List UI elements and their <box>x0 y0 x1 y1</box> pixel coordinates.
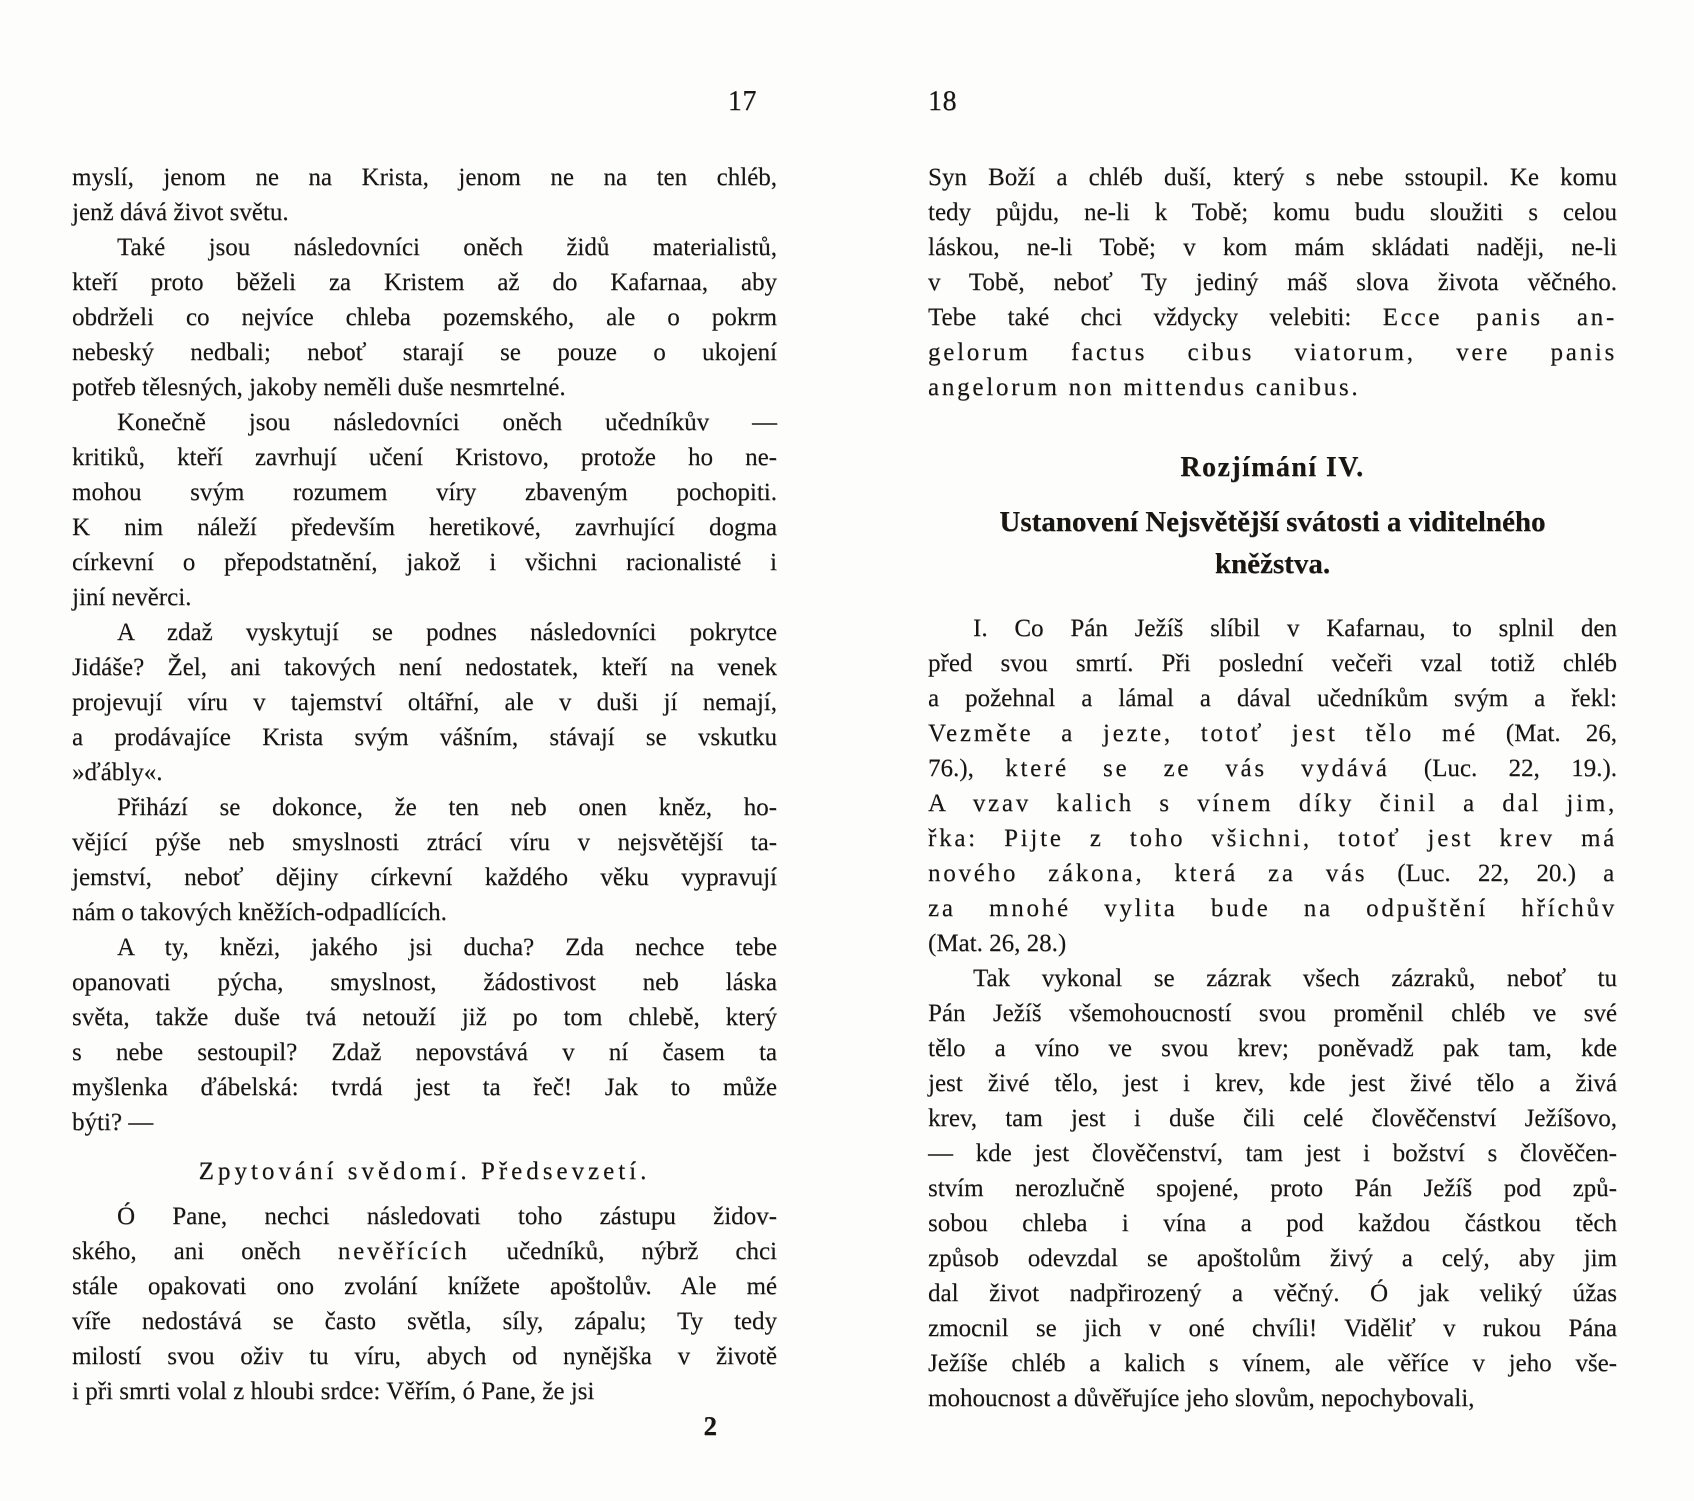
text-line: kteří proto běželi za Kristem až do Kafa… <box>72 265 777 300</box>
paragraph: Ó Pane, nechci následovati toho zástupu … <box>72 1199 777 1409</box>
text-line: myšlenka ďábelská: tvrdá jest ta řeč! Ja… <box>72 1070 777 1105</box>
text-line: angelorum non mittendus canibus. <box>928 370 1617 405</box>
text-segment: kteří proto běželi za Kristem až do Kafa… <box>72 269 777 296</box>
text-line: vějící pýše neb smyslnosti ztrácí víru v… <box>72 825 777 860</box>
page-number-left: 17 <box>72 88 777 115</box>
text-segment: krev, tam jest i duše čili celé člověčen… <box>928 1105 1617 1132</box>
text-segment: zmocnil se jich v oné chvíli! Viděliť v … <box>928 1315 1617 1342</box>
text-line: potřeb tělesných, jakoby neměli duše nes… <box>72 370 777 405</box>
text-segment: opanovati pýcha, smyslnost, žádostivost … <box>72 969 777 996</box>
text-segment: tělo a víno ve svou krev; poněvadž pak t… <box>928 1035 1617 1062</box>
text-line: »ďábly«. <box>72 755 777 790</box>
text-segment: (Luc. 22, 19.). <box>1424 755 1617 782</box>
text-line: A ty, knězi, jakého jsi ducha? Zda nechc… <box>72 930 777 965</box>
text-segment: vějící pýše neb smyslnosti ztrácí víru v… <box>72 829 777 856</box>
text-line: Tak vykonal se zázrak všech zázraků, neb… <box>928 961 1617 996</box>
page-18: 18 Syn Boží a chléb duší, který s nebe s… <box>928 88 1617 1416</box>
text-segment: mohoucnost a důvěřujíce jeho slovům, nep… <box>928 1385 1474 1412</box>
text-line: jest živé tělo, jest i krev, kde jest ži… <box>928 1066 1617 1101</box>
text-segment: A zdaž vyskytují se podnes následovníci … <box>117 619 777 646</box>
signature-mark: 2 <box>72 1409 777 1443</box>
text-segment: obdrželi co nejvíce chleba pozemského, a… <box>72 304 777 331</box>
paragraph: Syn Boží a chléb duší, který s nebe ssto… <box>928 160 1617 405</box>
letterspaced-text: Ecce panis an- <box>1383 304 1617 331</box>
text-segment: s nebe sestoupil? Zdaž nepovstává v ní č… <box>72 1039 777 1066</box>
heading-line: Zpytování svědomí. Předsevzetí. <box>72 1154 777 1189</box>
text-line: 76.), které se ze vás vydává (Luc. 22, 1… <box>928 751 1617 786</box>
text-segment: stále opakovati ono zvolání knížete apoš… <box>72 1273 777 1300</box>
text-segment: Pán Ježíš všemohoucností svou proměnil c… <box>928 1000 1617 1027</box>
text-segment: kritiků, kteří zavrhují učení Kristovo, … <box>72 444 777 471</box>
text-line: v Tobě, neboť Ty jediný máš slova života… <box>928 265 1617 300</box>
text-segment: stvím nerozlučně spojené, proto Pán Ježí… <box>928 1175 1617 1202</box>
text-segment: jenž dává život světu. <box>72 199 289 226</box>
text-line: jemství, neboť dějiny církevní každého v… <box>72 860 777 895</box>
text-line: obdrželi co nejvíce chleba pozemského, a… <box>72 300 777 335</box>
text-line: tedy půjdu, ne-li k Tobě; komu budu slou… <box>928 195 1617 230</box>
text-line: A vzav kalich s vínem díky činil a dal j… <box>928 786 1617 821</box>
paragraph: Tak vykonal se zázrak všech zázraků, neb… <box>928 961 1617 1416</box>
text-line: a požehnal a lámal a dával učedníkům svý… <box>928 681 1617 716</box>
text-line: Ježíše chléb a kalich s vínem, ale věříc… <box>928 1346 1617 1381</box>
text-line: Konečně jsou následovníci oněch učedníků… <box>72 405 777 440</box>
text-segment: Ježíše chléb a kalich s vínem, ale věříc… <box>928 1350 1617 1377</box>
text-line: nebeský nedbali; neboť starají se pouze … <box>72 335 777 370</box>
text-line: kritiků, kteří zavrhují učení Kristovo, … <box>72 440 777 475</box>
text-segment: před svou smrtí. Při poslední večeři vza… <box>928 650 1617 677</box>
examination-heading: Zpytování svědomí. Předsevzetí. <box>72 1154 777 1189</box>
heading-line: Rozjímání IV. <box>928 449 1617 487</box>
text-line: nám o takových kněžích-odpadlících. <box>72 895 777 930</box>
text-segment: myšlenka ďábelská: tvrdá jest ta řeč! Ja… <box>72 1074 777 1101</box>
text-segment: projevují víru v tajemství oltářní, ale … <box>72 689 777 716</box>
text-segment: Syn Boží a chléb duší, který s nebe ssto… <box>928 164 1617 191</box>
text-line: nového zákona, která za vás (Luc. 22, 20… <box>928 856 1617 891</box>
text-line: Také jsou následovníci oněch židů materi… <box>72 230 777 265</box>
text-line: gelorum factus cibus viatorum, vere pani… <box>928 335 1617 370</box>
text-segment: láskou, ne-li Tobě; v kom mám skládati n… <box>928 234 1617 261</box>
text-segment: (Mat. 26, 28.) <box>928 930 1066 957</box>
text-line: myslí, jenom ne na Krista, jenom ne na t… <box>72 160 777 195</box>
text-line: mohou svým rozumem víry zbaveným pochopi… <box>72 475 777 510</box>
text-segment: Přihází se dokonce, že ten neb onen kněz… <box>117 794 777 821</box>
text-line: stvím nerozlučně spojené, proto Pán Ježí… <box>928 1171 1617 1206</box>
text-segment: Tebe také chci vždycky velebiti: <box>928 304 1383 331</box>
text-segment: A ty, knězi, jakého jsi ducha? Zda nechc… <box>117 934 777 961</box>
meditation-title-heading: Ustanovení Nejsvětější svátosti a vidite… <box>928 501 1617 585</box>
text-segment: světa, takže duše tvá netouží již po tom… <box>72 1004 777 1031</box>
text-line: projevují víru v tajemství oltářní, ale … <box>72 685 777 720</box>
text-segment: potřeb tělesných, jakoby neměli duše nes… <box>72 374 566 401</box>
text-line: církevní o přepodstatnění, jakož i všich… <box>72 545 777 580</box>
text-line: víře nedostává se často světla, síly, zá… <box>72 1304 777 1339</box>
text-segment: víře nedostává se často světla, síly, zá… <box>72 1308 777 1335</box>
text-line: Syn Boží a chléb duší, který s nebe ssto… <box>928 160 1617 195</box>
text-line: I. Co Pán Ježíš slíbil v Kafarnau, to sp… <box>928 611 1617 646</box>
text-segment: »ďábly«. <box>72 759 162 786</box>
text-line: mohoucnost a důvěřujíce jeho slovům, nep… <box>928 1381 1617 1416</box>
text-segment: ského, ani oněch <box>72 1238 338 1265</box>
page-18-body: Syn Boží a chléb duší, který s nebe ssto… <box>928 160 1617 1416</box>
text-line: způsob odevzdal se apoštolům živý a celý… <box>928 1241 1617 1276</box>
text-line: jiní nevěrci. <box>72 580 777 615</box>
paragraph: Také jsou následovníci oněch židů materi… <box>72 230 777 405</box>
text-segment: jemství, neboť dějiny církevní každého v… <box>72 864 777 891</box>
text-line: býti? — <box>72 1105 777 1140</box>
letterspaced-text: nového zákona, která za vás <box>928 860 1397 887</box>
text-segment: Konečně jsou následovníci oněch učedníků… <box>117 409 777 436</box>
text-line: před svou smrtí. Při poslední večeři vza… <box>928 646 1617 681</box>
paragraph: Konečně jsou následovníci oněch učedníků… <box>72 405 777 615</box>
text-line: Vezměte a jezte, totoť jest tělo mé (Mat… <box>928 716 1617 751</box>
letterspaced-text: za mnohé vylita bude na odpuštění hříchů… <box>928 895 1617 922</box>
text-segment: církevní o přepodstatnění, jakož i všich… <box>72 549 777 576</box>
text-line: láskou, ne-li Tobě; v kom mám skládati n… <box>928 230 1617 265</box>
text-line: zmocnil se jich v oné chvíli! Viděliť v … <box>928 1311 1617 1346</box>
text-segment: I. Co Pán Ježíš slíbil v Kafarnau, to sp… <box>973 615 1617 642</box>
text-line: a prodávajíce Krista svým vášním, stávaj… <box>72 720 777 755</box>
text-segment: 76.), <box>928 755 1005 782</box>
text-line: A zdaž vyskytují se podnes následovníci … <box>72 615 777 650</box>
heading-line: Ustanovení Nejsvětější svátosti a vidite… <box>928 501 1617 543</box>
letterspaced-text: angelorum non mittendus canibus. <box>928 374 1360 401</box>
meditation-number-heading: Rozjímání IV. <box>928 449 1617 487</box>
text-line: Pán Ježíš všemohoucností svou proměnil c… <box>928 996 1617 1031</box>
text-segment: býti? — <box>72 1109 153 1136</box>
paragraph: A ty, knězi, jakého jsi ducha? Zda nechc… <box>72 930 777 1140</box>
heading-line: kněžstva. <box>928 543 1617 585</box>
paragraph: I. Co Pán Ježíš slíbil v Kafarnau, to sp… <box>928 611 1617 961</box>
text-segment: (Mat. 26, <box>1506 720 1617 747</box>
page-number-right: 18 <box>928 88 1617 115</box>
text-line: (Mat. 26, 28.) <box>928 926 1617 961</box>
text-segment: Tak vykonal se zázrak všech zázraků, neb… <box>973 965 1617 992</box>
text-segment: milostí svou oživ tu víru, abych od nyně… <box>72 1343 777 1370</box>
text-segment: dal život nadpřirozený a věčný. Ó jak ve… <box>928 1280 1617 1307</box>
text-line: K nim náleží především heretikové, zavrh… <box>72 510 777 545</box>
text-segment: a prodávajíce Krista svým vášním, stávaj… <box>72 724 777 751</box>
text-line: Tebe také chci vždycky velebiti: Ecce pa… <box>928 300 1617 335</box>
text-segment: a požehnal a lámal a dával učedníkům svý… <box>928 685 1617 712</box>
paragraph: Přihází se dokonce, že ten neb onen kněz… <box>72 790 777 930</box>
text-line: ského, ani oněch nevěřících učedníků, ný… <box>72 1234 777 1269</box>
text-line: Přihází se dokonce, že ten neb onen kněz… <box>72 790 777 825</box>
paragraph: A zdaž vyskytují se podnes následovníci … <box>72 615 777 790</box>
text-line: jenž dává život světu. <box>72 195 777 230</box>
text-segment: i při smrti volal z hloubi srdce: Věřím,… <box>72 1378 594 1405</box>
text-segment: tedy půjdu, ne-li k Tobě; komu budu slou… <box>928 199 1617 226</box>
text-segment: (Luc. 22, 20.) <box>1397 860 1603 887</box>
text-line: krev, tam jest i duše čili celé člověčen… <box>928 1101 1617 1136</box>
text-segment: nám o takových kněžích-odpadlících. <box>72 899 447 926</box>
text-segment: Jidáše? Žel, ani takových není nedostate… <box>72 654 777 681</box>
text-segment: způsob odevzdal se apoštolům živý a celý… <box>928 1245 1617 1272</box>
text-line: s nebe sestoupil? Zdaž nepovstává v ní č… <box>72 1035 777 1070</box>
text-line: dal život nadpřirozený a věčný. Ó jak ve… <box>928 1276 1617 1311</box>
text-line: — kde jest člověčenství, tam jest i božs… <box>928 1136 1617 1171</box>
text-line: Jidáše? Žel, ani takových není nedostate… <box>72 650 777 685</box>
text-segment: učedníků, nýbrž chci <box>469 1238 777 1265</box>
text-segment: sobou chleba i vína a pod každou částkou… <box>928 1210 1617 1237</box>
letterspaced-text: které se ze vás vydává <box>1005 755 1424 782</box>
paragraph: myslí, jenom ne na Krista, jenom ne na t… <box>72 160 777 230</box>
text-segment: jest živé tělo, jest i krev, kde jest ži… <box>928 1070 1617 1097</box>
letterspaced-text: a <box>1603 860 1617 887</box>
letterspaced-text: nevěřících <box>338 1238 470 1265</box>
letterspaced-text: řka: Pijte z toho všichni, totoť jest kr… <box>928 825 1617 852</box>
text-segment: jiní nevěrci. <box>72 584 191 611</box>
text-line: milostí svou oživ tu víru, abych od nyně… <box>72 1339 777 1374</box>
text-segment: — kde jest člověčenství, tam jest i božs… <box>928 1140 1617 1167</box>
letterspaced-text: Vezměte a jezte, totoť jest tělo mé <box>928 720 1506 747</box>
text-line: Ó Pane, nechci následovati toho zástupu … <box>72 1199 777 1234</box>
text-line: za mnohé vylita bude na odpuštění hříchů… <box>928 891 1617 926</box>
page-17: 17 myslí, jenom ne na Krista, jenom ne n… <box>72 88 777 1443</box>
text-line: řka: Pijte z toho všichni, totoť jest kr… <box>928 821 1617 856</box>
letterspaced-text: A vzav kalich s vínem díky činil a dal j… <box>928 790 1617 817</box>
text-line: tělo a víno ve svou krev; poněvadž pak t… <box>928 1031 1617 1066</box>
text-line: opanovati pýcha, smyslnost, žádostivost … <box>72 965 777 1000</box>
text-line: stále opakovati ono zvolání knížete apoš… <box>72 1269 777 1304</box>
text-segment: nebeský nedbali; neboť starají se pouze … <box>72 339 777 366</box>
text-segment: K nim náleží především heretikové, zavrh… <box>72 514 777 541</box>
text-segment: Také jsou následovníci oněch židů materi… <box>117 234 777 261</box>
text-segment: v Tobě, neboť Ty jediný máš slova života… <box>928 269 1617 296</box>
text-segment: myslí, jenom ne na Krista, jenom ne na t… <box>72 164 777 191</box>
letterspaced-text: gelorum factus cibus viatorum, vere pani… <box>928 339 1617 366</box>
page-17-body: myslí, jenom ne na Krista, jenom ne na t… <box>72 160 777 1409</box>
text-line: světa, takže duše tvá netouží již po tom… <box>72 1000 777 1035</box>
text-line: i při smrti volal z hloubi srdce: Věřím,… <box>72 1374 777 1409</box>
text-line: sobou chleba i vína a pod každou částkou… <box>928 1206 1617 1241</box>
book-spread: 17 myslí, jenom ne na Krista, jenom ne n… <box>0 0 1694 1501</box>
text-segment: mohou svým rozumem víry zbaveným pochopi… <box>72 479 777 506</box>
text-segment: Ó Pane, nechci následovati toho zástupu … <box>117 1203 777 1230</box>
